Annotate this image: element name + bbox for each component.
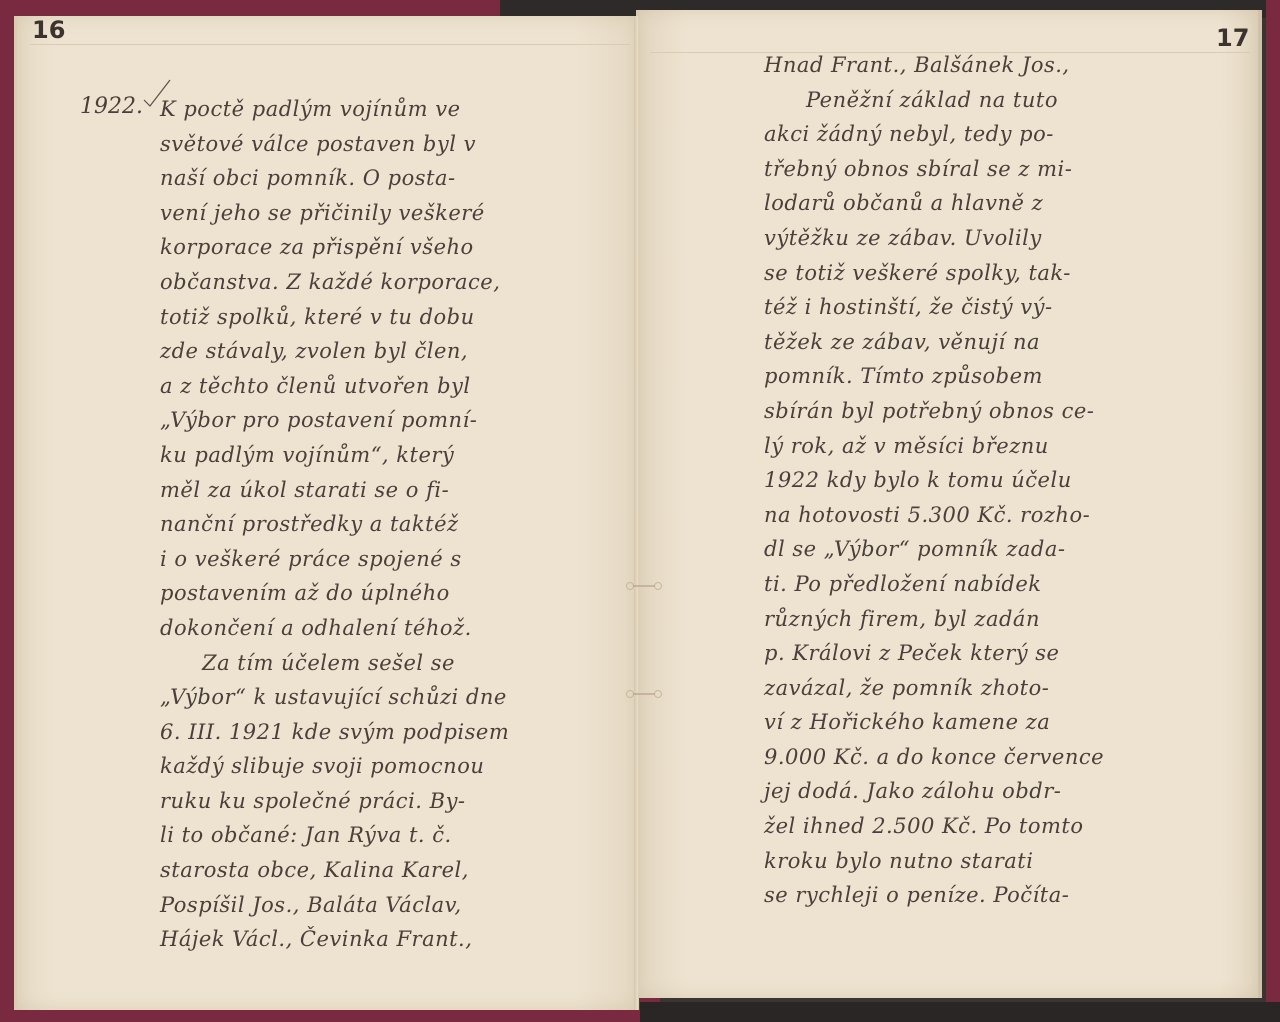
right-page-number: 17 bbox=[1216, 24, 1249, 52]
handwritten-line: naší obci pomník. O posta- bbox=[160, 161, 509, 196]
handwritten-line: i o veškeré práce spojené s bbox=[160, 542, 509, 577]
handwritten-line: „Výbor pro postavení pomní- bbox=[160, 403, 509, 438]
handwritten-line: jej dodá. Jako zálohu obdr- bbox=[764, 774, 1104, 809]
handwritten-line: lý rok, až v měsíci březnu bbox=[764, 429, 1104, 464]
left-page-number: 16 bbox=[32, 16, 65, 44]
left-header-rule bbox=[30, 44, 630, 45]
book-cover-bottom bbox=[640, 1002, 1280, 1022]
handwritten-line: Za tím účelem sešel se bbox=[160, 646, 509, 681]
handwritten-line: kroku bylo nutno starati bbox=[764, 844, 1104, 879]
handwritten-line: lodarů občanů a hlavně z bbox=[764, 186, 1104, 221]
binding-stitch-bottom bbox=[624, 690, 664, 698]
handwritten-line: dl se „Výbor“ pomník zada- bbox=[764, 532, 1104, 567]
handwritten-line: li to občané: Jan Rýva t. č. bbox=[160, 818, 509, 853]
book-cover-right bbox=[1266, 0, 1280, 1022]
handwritten-line: korporace za přispění všeho bbox=[160, 230, 509, 265]
handwritten-line: pomník. Tímto způsobem bbox=[764, 359, 1104, 394]
handwritten-line: totiž spolků, které v tu dobu bbox=[160, 300, 509, 335]
handwritten-line: 6. III. 1921 kde svým podpisem bbox=[160, 715, 509, 750]
handwritten-line: ruku ku společné práci. By- bbox=[160, 784, 509, 819]
handwritten-line: 9.000 Kč. a do konce července bbox=[764, 740, 1104, 775]
handwritten-line: žel ihned 2.500 Kč. Po tomto bbox=[764, 809, 1104, 844]
handwritten-line: světové válce postaven byl v bbox=[160, 127, 509, 162]
right-page-text: Hnad Frant., Balšánek Jos.,Peněžní zákla… bbox=[764, 48, 1104, 913]
handwritten-line: postavením až do úplného bbox=[160, 576, 509, 611]
handwritten-line: třebný obnos sbíral se z mi- bbox=[764, 152, 1104, 187]
handwritten-line: dokončení a odhalení téhož. bbox=[160, 611, 509, 646]
handwritten-line: vení jeho se přičinily veškeré bbox=[160, 196, 509, 231]
handwritten-line: těžek ze zábav, věnují na bbox=[764, 325, 1104, 360]
handwritten-line: starosta obce, Kalina Karel, bbox=[160, 853, 509, 888]
handwritten-line: ku padlým vojínům“, který bbox=[160, 438, 509, 473]
handwritten-line: výtěžku ze zábav. Uvolily bbox=[764, 221, 1104, 256]
handwritten-line: 1922 kdy bylo k tomu účelu bbox=[764, 463, 1104, 498]
handwritten-line: měl za úkol starati se o fi- bbox=[160, 473, 509, 508]
handwritten-line: akci žádný nebyl, tedy po- bbox=[764, 117, 1104, 152]
handwritten-line: K poctě padlým vojínům ve bbox=[160, 92, 509, 127]
handwritten-line: zde stávaly, zvolen byl člen, bbox=[160, 334, 509, 369]
handwritten-line: Hájek Václ., Čevinka Frant., bbox=[160, 922, 509, 957]
handwritten-line: Peněžní základ na tuto bbox=[764, 83, 1104, 118]
handwritten-line: na hotovosti 5.300 Kč. rozho- bbox=[764, 498, 1104, 533]
handwritten-line: p. Královi z Peček který se bbox=[764, 636, 1104, 671]
handwritten-line: různých firem, byl zadán bbox=[764, 602, 1104, 637]
handwritten-line: ti. Po předložení nabídek bbox=[764, 567, 1104, 602]
margin-year: 1922. bbox=[80, 94, 143, 119]
handwritten-line: občanstva. Z každé korporace, bbox=[160, 265, 509, 300]
handwritten-line: se totiž veškeré spolky, tak- bbox=[764, 256, 1104, 291]
handwritten-line: Hnad Frant., Balšánek Jos., bbox=[764, 48, 1104, 83]
handwritten-line: Pospíšil Jos., Baláta Václav, bbox=[160, 888, 509, 923]
handwritten-line: nanční prostředky a taktéž bbox=[160, 507, 509, 542]
binding-stitch-top bbox=[624, 582, 664, 590]
handwritten-line: každý slibuje svoji pomocnou bbox=[160, 749, 509, 784]
handwritten-line: zavázal, že pomník zhoto- bbox=[764, 671, 1104, 706]
handwritten-line: „Výbor“ k ustavující schůzi dne bbox=[160, 680, 509, 715]
book-gutter bbox=[634, 16, 638, 1010]
handwritten-line: se rychleji o peníze. Počíta- bbox=[764, 878, 1104, 913]
handwritten-line: ví z Hořického kamene za bbox=[764, 705, 1104, 740]
left-page-text: K poctě padlým vojínům vesvětové válce p… bbox=[160, 92, 509, 957]
handwritten-line: též i hostinští, že čistý vý- bbox=[764, 290, 1104, 325]
handwritten-line: a z těchto členů utvořen byl bbox=[160, 369, 509, 404]
handwritten-line: sbírán byl potřebný obnos ce- bbox=[764, 394, 1104, 429]
